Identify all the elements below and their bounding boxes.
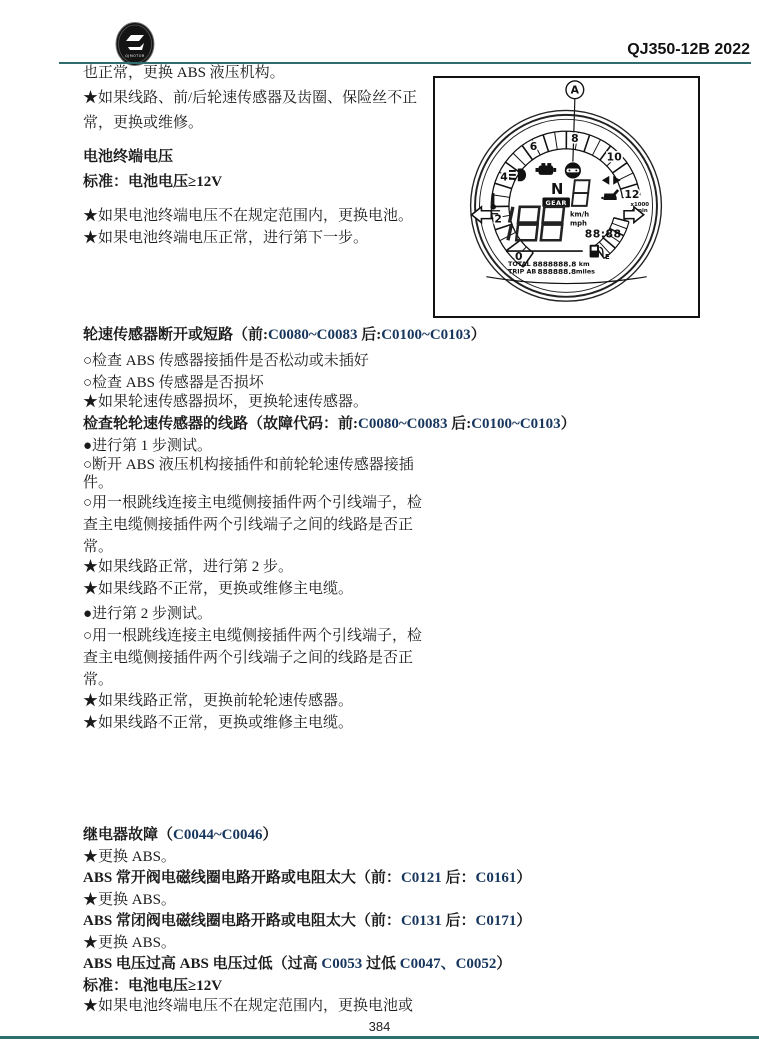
- body-text-line: ○断开 ABS 液压机构接插件和前轮轮速传感器接插: [83, 456, 414, 474]
- footer-rule: [0, 1036, 759, 1039]
- body-text-line: 轮速传感器断开或短路（前:C0080~C0083 后:C0100~C0103）: [83, 326, 486, 344]
- body-text-line: 查主电缆侧接插件两个引线端子之间的线路是否正: [83, 649, 413, 667]
- instrument-cluster-diagram: A 0 2 4 6 8: [435, 78, 698, 316]
- odo-label: TOTAL: [508, 260, 531, 268]
- svg-text:6: 6: [530, 140, 538, 153]
- scale-tick: [613, 163, 627, 173]
- brand-logo: QJMOTOR: [115, 22, 155, 66]
- oil-pressure-icon: [601, 189, 619, 200]
- odo-unit: km: [579, 260, 590, 268]
- svg-text:4: 4: [500, 170, 508, 183]
- gear-position-display: [572, 180, 590, 206]
- body-text-line: ○用一根跳线连接主电缆侧接插件两个引线端子，检: [83, 494, 422, 512]
- body-text-line: 常。: [83, 671, 113, 689]
- gear-neutral-indicator: N: [551, 181, 563, 198]
- trip-label: TRIP AB: [508, 268, 536, 276]
- figure-box: A 0 2 4 6 8: [433, 76, 700, 318]
- manual-page: QJMOTOR QJ350-12B 2022 也正常，更换 ABS 液压机构。★…: [0, 0, 759, 1040]
- body-text-line: 也正常，更换 ABS 液压机构。: [83, 64, 285, 82]
- body-text-line: ○检查 ABS 传感器接插件是否松动或未插好: [83, 352, 369, 370]
- svg-text:10: 10: [607, 151, 622, 164]
- body-text-line: 检查轮轮速传感器的线路（故障代码：前:C0080~C0083 后:C0100~C…: [83, 415, 576, 433]
- scale-tick: [584, 135, 590, 152]
- body-text-line: ABS 常开阀电磁线圈电路开路或电阻太大（前：C0121 后：C0161）: [83, 869, 531, 887]
- scale-tick: [513, 153, 526, 165]
- body-text-line: 常。: [83, 538, 113, 556]
- page-number: 384: [0, 1019, 759, 1034]
- body-text-line: ★如果线路、前/后轮速传感器及齿圈、保险丝不正: [83, 89, 417, 107]
- body-text-line: ★如果轮速传感器损坏，更换轮速传感器。: [83, 393, 368, 411]
- logo-text: QJMOTOR: [125, 54, 145, 58]
- body-text-line: ★如果线路不正常，更换或维修主电缆。: [83, 580, 353, 598]
- scale-tick: [492, 195, 510, 198]
- body-text-line: ●进行第 1 步测试。: [83, 437, 212, 455]
- scale-tick: [543, 135, 548, 152]
- trip-unit: miles: [576, 268, 595, 276]
- body-text-line: ABS 电压过高 ABS 电压过低（过高 C0053 过低 C0047、C005…: [83, 955, 511, 973]
- body-text-line: ●进行第 2 步测试。: [83, 605, 212, 623]
- body-text-line: 标准：电池电压≥12V: [83, 977, 222, 995]
- speed-unit-label: km/h mph: [570, 211, 589, 228]
- body-text-line: 查主电缆侧接插件两个引线端子之间的线路是否正: [83, 516, 413, 534]
- body-text-line: 继电器故障（C0044~C0046）: [83, 826, 278, 844]
- body-text-line: ABS 常闭阀电磁线圈电路开路或电阻太大（前：C0131 后：C0171）: [83, 912, 531, 930]
- abs-warning-icon: [565, 162, 581, 178]
- scale-tick: [555, 132, 558, 150]
- svg-text:km/h: km/h: [570, 211, 589, 219]
- scale-tick: [592, 140, 600, 156]
- body-text-line: ★如果电池终端电压不在规定范围内，更换电池或: [83, 997, 413, 1015]
- svg-text:12: 12: [624, 188, 639, 201]
- body-text-line: ○检查 ABS 传感器是否损坏: [83, 374, 264, 392]
- fuel-empty-label: E: [605, 253, 610, 261]
- body-text-line: ○用一根跳线连接主电缆侧接插件两个引线端子，检: [83, 627, 422, 645]
- callout-label: A: [571, 84, 580, 97]
- fuel-pump-icon: [590, 245, 603, 258]
- body-text-line: ★如果电池终端电压不在规定范围内，更换电池。: [83, 207, 413, 225]
- body-text-line: 标准：电池电压≥12V: [83, 173, 222, 191]
- body-text-line: 电池终端电压: [83, 148, 173, 166]
- scale-tick: [495, 183, 512, 188]
- body-text-line: ★如果线路正常，更换前轮轮速传感器。: [83, 692, 353, 710]
- callout-leader-line: [573, 99, 575, 161]
- body-text-line: 件。: [83, 474, 113, 492]
- body-text-line: ★更换 ABS。: [83, 848, 176, 866]
- scale-tick: [617, 173, 633, 181]
- engine-warning-icon: [536, 163, 557, 175]
- speed-display: [508, 207, 564, 240]
- body-text-line: ★如果线路不正常，更换或维修主电缆。: [83, 714, 353, 732]
- body-text-line: 常，更换或维修。: [83, 114, 203, 132]
- body-text-line: ★如果电池终端电压正常，进行第下一步。: [83, 229, 368, 247]
- trip-value: 888888.8: [537, 267, 576, 276]
- body-text-line: ★更换 ABS。: [83, 934, 176, 952]
- svg-text:mph: mph: [570, 220, 587, 228]
- svg-text:8: 8: [571, 132, 579, 145]
- clock-display: 88:88: [585, 227, 622, 240]
- body-text-line: ★更换 ABS。: [83, 891, 176, 909]
- trip-row: TRIP AB 888888.8 miles: [508, 267, 595, 276]
- page-title: QJ350-12B 2022: [627, 41, 750, 59]
- svg-text:2: 2: [494, 213, 502, 226]
- body-text-line: ★如果线路正常，进行第 2 步。: [83, 558, 293, 576]
